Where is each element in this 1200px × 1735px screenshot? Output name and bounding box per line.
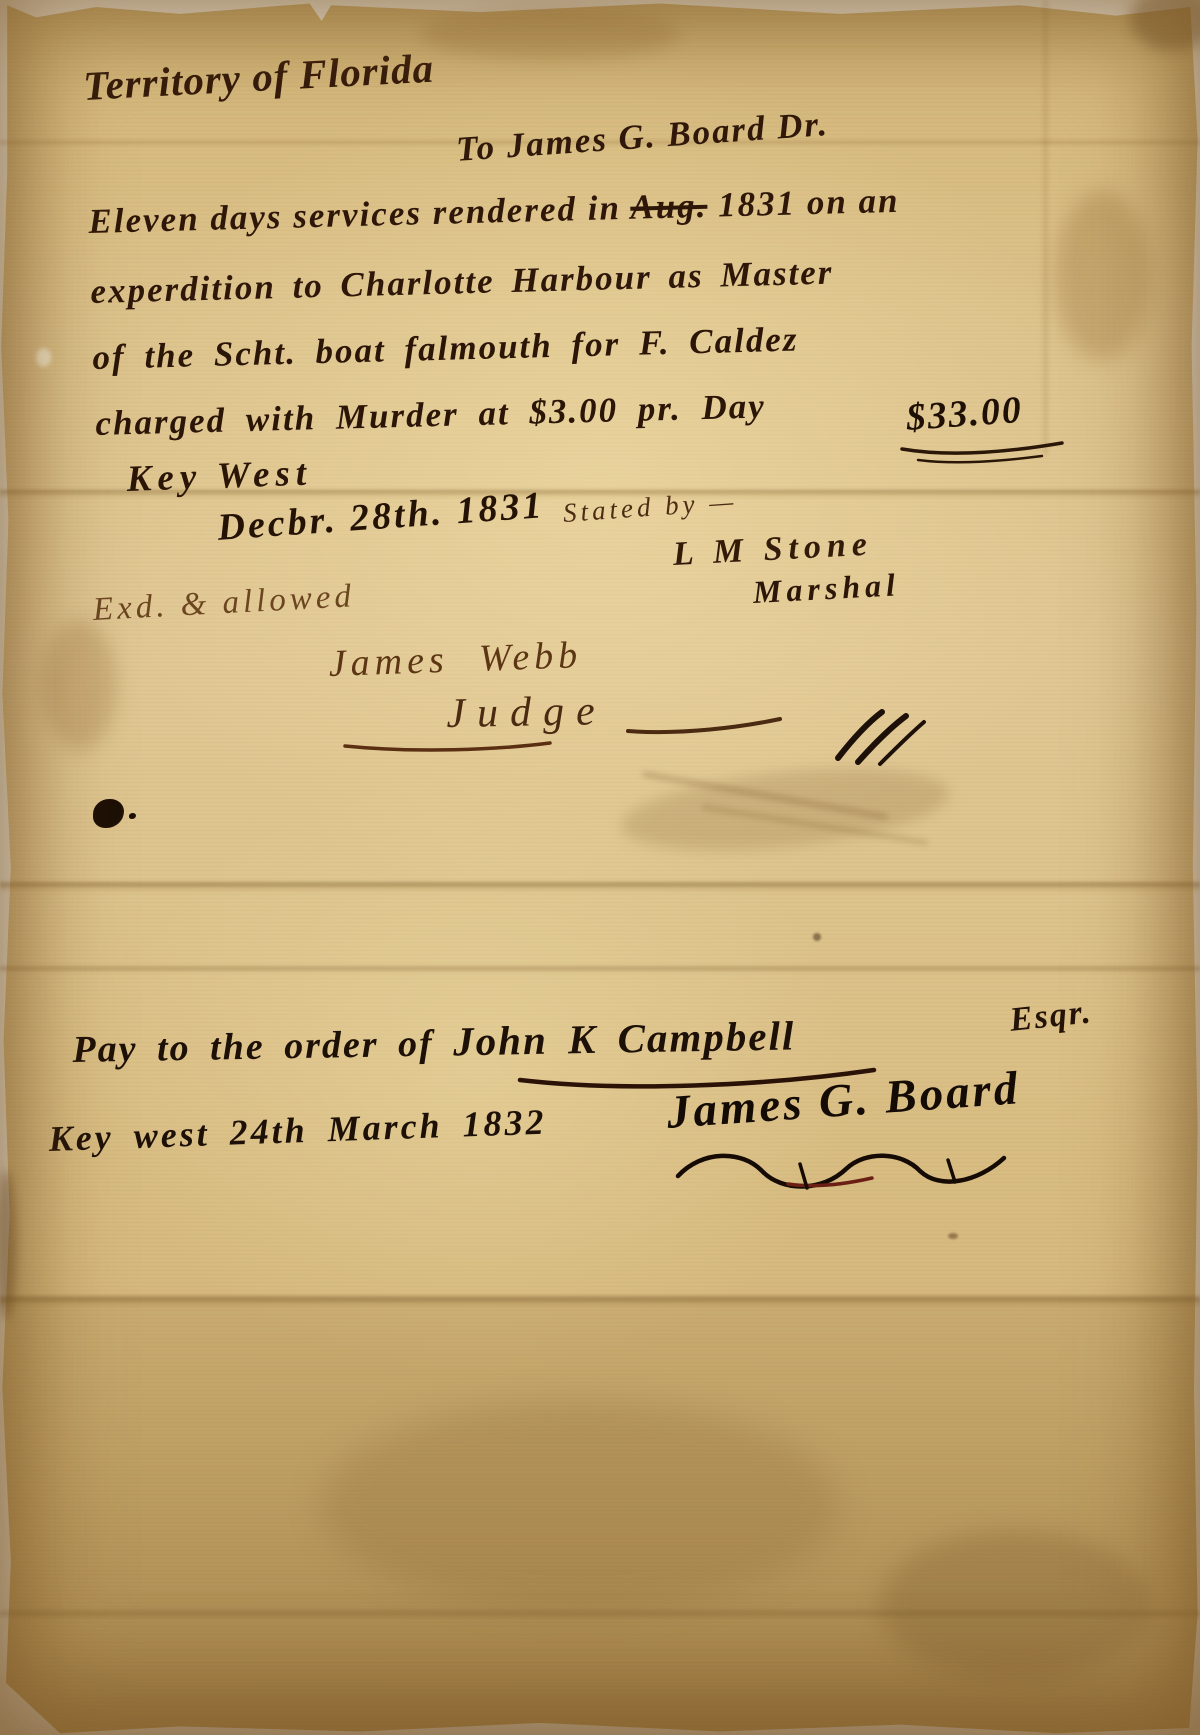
- payee-name: John K Campbell: [453, 1012, 796, 1064]
- pay-order-pre: Pay to the order of: [72, 1022, 453, 1071]
- judge-signature: James Webb: [328, 633, 583, 686]
- amount-total: $33.00: [905, 388, 1024, 440]
- marshal-title: Marshal: [752, 566, 901, 611]
- judge-title: Judge: [446, 687, 607, 738]
- body-line-1-struck-word: Aug.: [630, 186, 708, 227]
- historical-document-scan: Territory of Florida To James G. Board D…: [0, 0, 1200, 1735]
- body-line-1-post: 1831 on an: [707, 181, 900, 225]
- dateline-place: Key West: [126, 452, 313, 501]
